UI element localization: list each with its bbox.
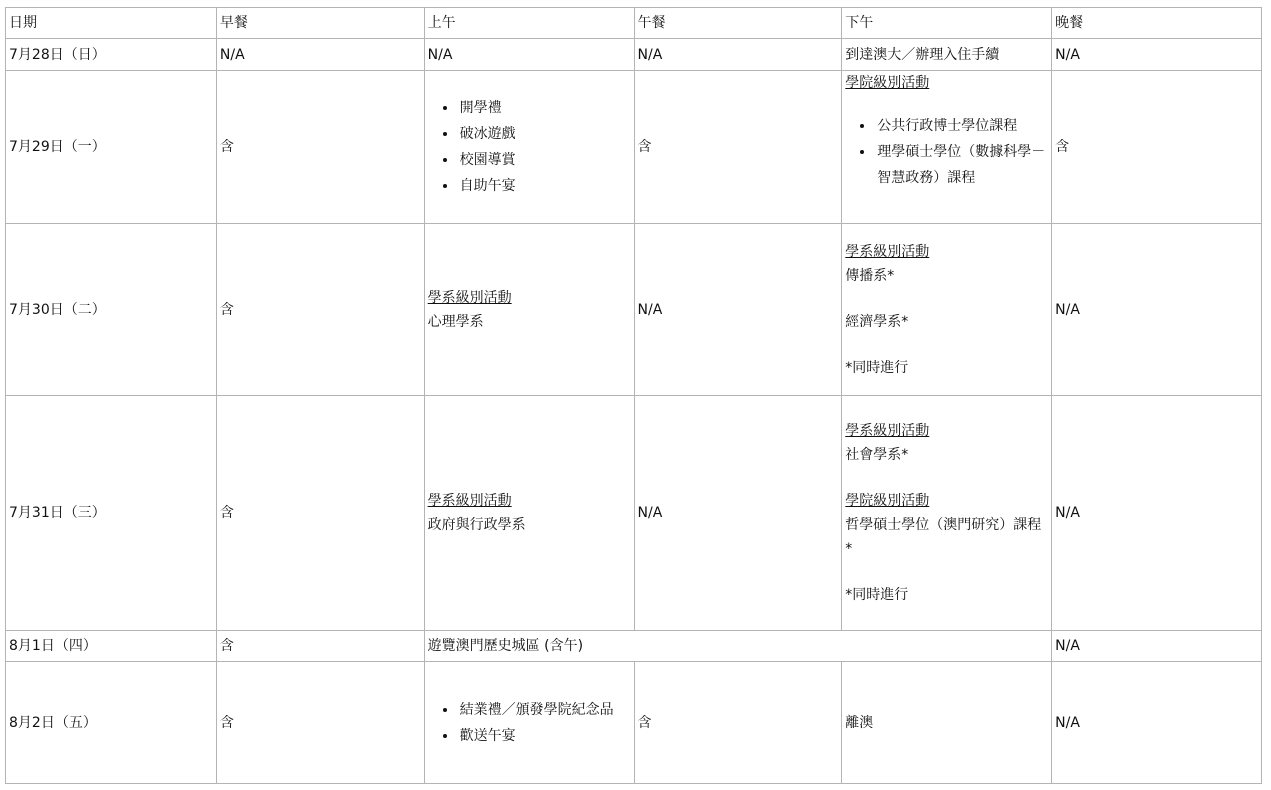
cell-lunch: 含 <box>634 71 842 224</box>
activity-text: 心理學系 <box>428 310 631 334</box>
activity-heading: 學院級別活動 <box>845 489 1048 513</box>
cell-breakfast: 含 <box>216 224 424 396</box>
cell-morning: 學系級別活動 政府與行政學系 <box>424 396 634 631</box>
cell-afternoon: 學系級別活動 社會學系* 學院級別活動 哲學碩士學位（澳門研究）課程* *同時進… <box>842 396 1052 631</box>
header-dinner: 晚餐 <box>1052 8 1262 39</box>
cell-afternoon: 學系級別活動 傳播系* 經濟學系* *同時進行 <box>842 224 1052 396</box>
cell-afternoon: 到達澳大／辦理入住手續 <box>842 39 1052 71</box>
afternoon-list: 公共行政博士學位課程 理學碩士學位（數據科學－智慧政務）課程 <box>845 113 1048 191</box>
spacer <box>845 467 1048 489</box>
cell-breakfast: 含 <box>216 662 424 784</box>
cell-dinner: N/A <box>1052 662 1262 784</box>
cell-morning: 結業禮／頒發學院紀念品 歡送午宴 <box>424 662 634 784</box>
cell-breakfast: N/A <box>216 39 424 71</box>
list-item: 自助午宴 <box>458 173 631 199</box>
activity-heading: 學系級別活動 <box>845 240 1048 264</box>
cell-morning: N/A <box>424 39 634 71</box>
cell-breakfast: 含 <box>216 71 424 224</box>
table-row: 7月31日（三） 含 學系級別活動 政府與行政學系 N/A 學系級別活動 社會學… <box>6 396 1262 631</box>
cell-afternoon: 學院級別活動 公共行政博士學位課程 理學碩士學位（數據科學－智慧政務）課程 <box>842 71 1052 224</box>
list-item: 破冰遊戲 <box>458 121 631 147</box>
cell-lunch: N/A <box>634 396 842 631</box>
spacer <box>845 288 1048 310</box>
cell-date: 8月1日（四） <box>6 631 217 662</box>
cell-dinner: 含 <box>1052 71 1262 224</box>
header-afternoon: 下午 <box>842 8 1052 39</box>
activity-text: 經濟學系* <box>845 310 1048 334</box>
cell-dinner: N/A <box>1052 396 1262 631</box>
cell-dinner: N/A <box>1052 39 1262 71</box>
cell-morning: 開學禮 破冰遊戲 校園導賞 自助午宴 <box>424 71 634 224</box>
cell-lunch: N/A <box>634 39 842 71</box>
cell-dinner: N/A <box>1052 631 1262 662</box>
list-item: 結業禮／頒發學院紀念品 <box>458 697 631 723</box>
cell-lunch: 含 <box>634 662 842 784</box>
table-row: 7月30日（二） 含 學系級別活動 心理學系 N/A 學系級別活動 傳播系* 經… <box>6 224 1262 396</box>
table-row: 8月1日（四） 含 遊覽澳門歷史城區 (含午) N/A <box>6 631 1262 662</box>
activity-text: 哲學碩士學位（澳門研究）課程* <box>845 513 1048 561</box>
table-row: 7月29日（一） 含 開學禮 破冰遊戲 校園導賞 自助午宴 含 學院級別活動 公… <box>6 71 1262 224</box>
cell-afternoon: 離澳 <box>842 662 1052 784</box>
header-lunch: 午餐 <box>634 8 842 39</box>
cell-date: 8月2日（五） <box>6 662 217 784</box>
table-row: 7月28日（日） N/A N/A N/A 到達澳大／辦理入住手續 N/A <box>6 39 1262 71</box>
list-item: 理學碩士學位（數據科學－智慧政務）課程 <box>875 139 1048 191</box>
activity-heading: 學系級別活動 <box>845 419 1048 443</box>
activity-heading: 學院級別活動 <box>845 71 1048 95</box>
list-item: 公共行政博士學位課程 <box>875 113 1048 139</box>
cell-breakfast: 含 <box>216 396 424 631</box>
cell-lunch: N/A <box>634 224 842 396</box>
list-item: 歡送午宴 <box>458 723 631 749</box>
spacer <box>845 334 1048 356</box>
cell-date: 7月29日（一） <box>6 71 217 224</box>
activity-text: 傳播系* <box>845 264 1048 288</box>
activity-heading: 學系級別活動 <box>428 489 631 513</box>
table-row: 8月2日（五） 含 結業禮／頒發學院紀念品 歡送午宴 含 離澳 N/A <box>6 662 1262 784</box>
spacer <box>845 95 1048 113</box>
activity-note: *同時進行 <box>845 583 1048 607</box>
spacer <box>845 561 1048 583</box>
morning-list: 結業禮／頒發學院紀念品 歡送午宴 <box>428 697 631 749</box>
cell-date: 7月31日（三） <box>6 396 217 631</box>
cell-breakfast: 含 <box>216 631 424 662</box>
cell-dinner: N/A <box>1052 224 1262 396</box>
activity-text: 社會學系* <box>845 443 1048 467</box>
table-header-row: 日期 早餐 上午 午餐 下午 晚餐 <box>6 8 1262 39</box>
cell-date: 7月30日（二） <box>6 224 217 396</box>
list-item: 校園導賞 <box>458 147 631 173</box>
header-date: 日期 <box>6 8 217 39</box>
activity-text: 政府與行政學系 <box>428 513 631 537</box>
header-breakfast: 早餐 <box>216 8 424 39</box>
cell-date: 7月28日（日） <box>6 39 217 71</box>
cell-morning: 學系級別活動 心理學系 <box>424 224 634 396</box>
cell-merged-activity: 遊覽澳門歷史城區 (含午) <box>424 631 1051 662</box>
list-item: 開學禮 <box>458 95 631 121</box>
schedule-table: 日期 早餐 上午 午餐 下午 晚餐 7月28日（日） N/A N/A N/A 到… <box>5 7 1262 784</box>
morning-list: 開學禮 破冰遊戲 校園導賞 自助午宴 <box>428 95 631 199</box>
activity-heading: 學系級別活動 <box>428 286 631 310</box>
header-morning: 上午 <box>424 8 634 39</box>
activity-note: *同時進行 <box>845 356 1048 380</box>
